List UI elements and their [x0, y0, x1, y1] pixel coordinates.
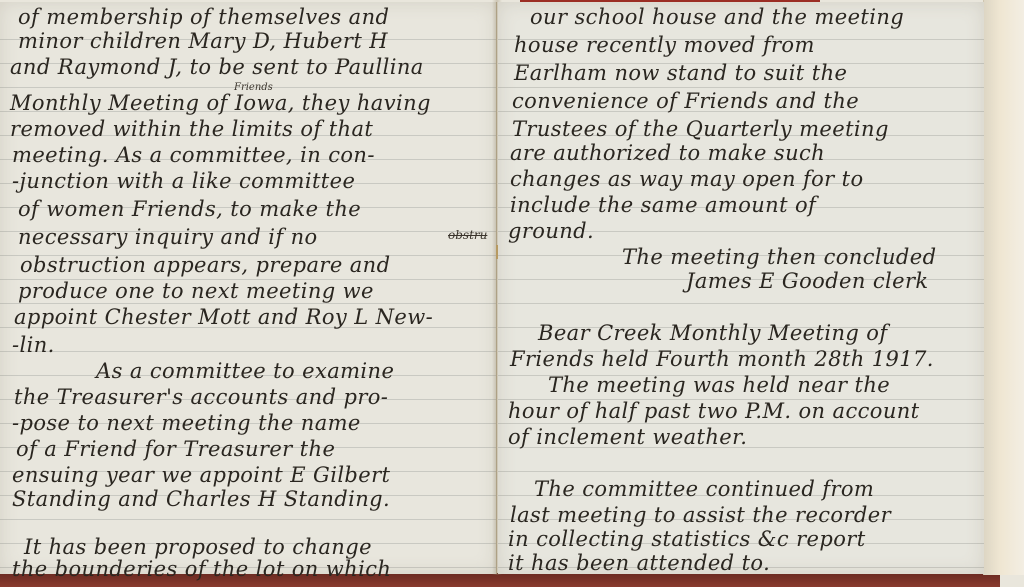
left-line-1: of membership of themselves and [18, 4, 389, 30]
right-line-3: Earlham now stand to suit the [514, 60, 847, 86]
right-line-20: The committee continued from [534, 476, 874, 502]
left-line-13: -lin. [12, 332, 55, 358]
right-line-15: Friends held Fourth month 28th 1917. [510, 346, 934, 372]
left-line-10: obstruction appears, prepare and [20, 252, 390, 278]
left-line-11: produce one to next meeting we [18, 278, 374, 304]
left-line-8: of women Friends, to make the [18, 196, 361, 222]
left-line-22: the bounderies of the lot on which [12, 556, 391, 582]
left-line-5: removed within the limits of that [10, 116, 373, 142]
right-line-7: changes as way may open for to [510, 166, 864, 192]
left-line-2: minor children Mary D, Hubert H [18, 28, 388, 54]
right-line-9: ground. [508, 218, 594, 244]
page-stack-edge [983, 0, 1024, 575]
left-line-18: ensuing year we appoint E Gilbert [12, 462, 390, 488]
left-line-9: necessary inquiry and if no [18, 224, 318, 250]
left-line-7: -junction with a like committee [12, 168, 355, 194]
right-line-2: house recently moved from [514, 32, 815, 58]
open-minutes-book: of membership of themselves and minor ch… [0, 0, 1024, 587]
right-line-11: James E Gooden clerk [686, 268, 929, 294]
right-line-1: our school house and the meeting [530, 4, 904, 30]
right-line-18: of inclement weather. [508, 424, 747, 450]
left-line-19: Standing and Charles H Standing. [12, 486, 390, 512]
left-line-4: Monthly Meeting of Iowa, they having [10, 90, 431, 116]
right-page: our school house and the meeting house r… [498, 2, 984, 574]
left-line-6: meeting. As a committee, in con- [12, 142, 375, 168]
left-line-17: of a Friend for Treasurer the [16, 436, 335, 462]
right-line-21: last meeting to assist the recorder [510, 502, 891, 528]
right-line-14: Bear Creek Monthly Meeting of [538, 320, 888, 346]
left-line-16: -pose to next meeting the name [12, 410, 361, 436]
right-line-4: convenience of Friends and the [512, 88, 859, 114]
left-line-12: appoint Chester Mott and Roy L New- [14, 304, 433, 330]
right-line-16: The meeting was held near the [548, 372, 890, 398]
right-line-10: The meeting then concluded [622, 244, 936, 270]
right-line-22: in collecting statistics &c report [508, 526, 866, 552]
left-line-14: As a committee to examine [96, 358, 394, 384]
right-line-6: are authorized to make such [510, 140, 825, 166]
left-line-3: and Raymond J, to be sent to Paullina [10, 54, 424, 80]
right-line-8: include the same amount of [510, 192, 816, 218]
right-line-17: hour of half past two P.M. on account [508, 398, 920, 424]
right-line-5: Trustees of the Quarterly meeting [512, 116, 889, 142]
struck-word: obstru [448, 228, 487, 242]
left-line-15: the Treasurer's accounts and pro- [14, 384, 388, 410]
right-line-23: it has been attended to. [508, 550, 770, 576]
left-page: of membership of themselves and minor ch… [0, 2, 497, 574]
